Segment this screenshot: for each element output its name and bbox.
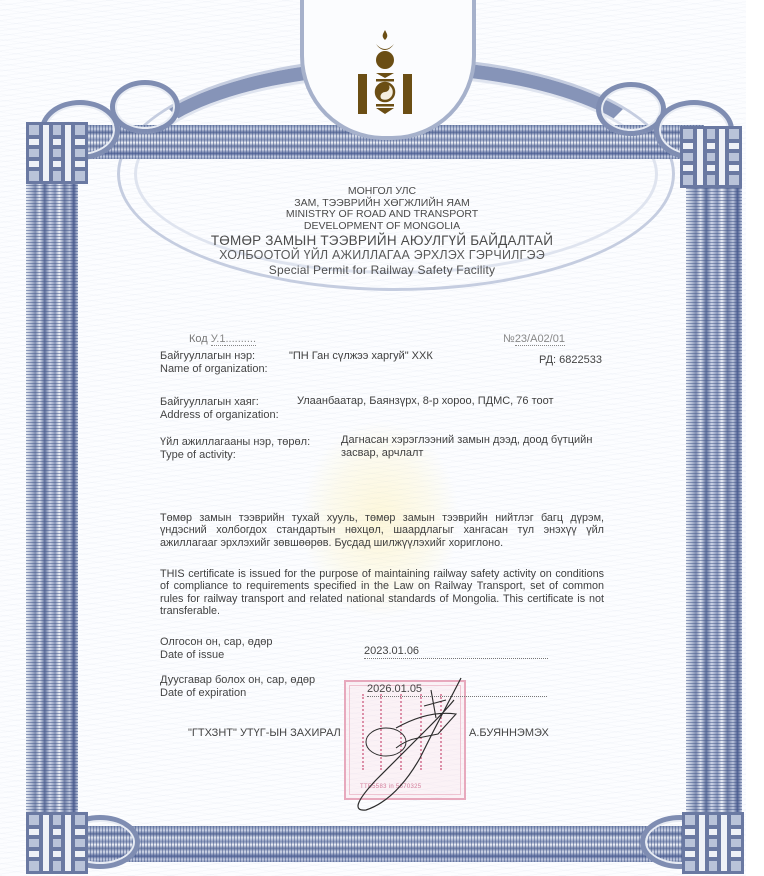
border-bottom xyxy=(60,826,704,862)
registration-number: РД: 6822533 xyxy=(539,354,602,367)
number-label: № xyxy=(503,333,515,345)
endless-knot-icon xyxy=(26,122,88,184)
expiration-date-label: Дуусгавар болох он, сар, өдөр Date of ex… xyxy=(160,674,315,700)
handwritten-signature-icon xyxy=(336,670,476,820)
issue-date-label: Олгосон он, сар, өдөр Date of issue xyxy=(160,636,273,662)
issue-date-label-mn: Олгосон он, сар, өдөр xyxy=(160,636,273,649)
permit-statement-en: THIS certificate is issued for the purpo… xyxy=(160,568,604,618)
certificate-title: ТӨМӨР ЗАМЫН ТЭЭВРИЙН АЮУЛГҮЙ БАЙДАЛТАЙ Х… xyxy=(0,234,764,277)
activity-value: Дагнасан хэрэглээний замын дээд, доод бү… xyxy=(341,434,592,460)
title-mn-line-1: ТӨМӨР ЗАМЫН ТЭЭВРИЙН АЮУЛГҮЙ БАЙДАЛТАЙ xyxy=(0,234,764,248)
scroll-ornament-icon xyxy=(110,80,180,134)
address-label-en: Address of organization: xyxy=(160,409,279,422)
activity-label: Үйл ажиллагааны нэр, төрөл: Type of acti… xyxy=(160,436,310,462)
country-name: МОНГОЛ УЛС xyxy=(0,186,764,198)
number-value: 23/А02/01 xyxy=(515,333,565,346)
address-value: Улаанбаатар, Баянзүрх, 8-р хороо, ПДМС, … xyxy=(297,395,554,408)
expiration-date-label-en: Date of expiration xyxy=(160,687,315,700)
issue-date-label-en: Date of issue xyxy=(160,649,273,662)
certificate-number: №23/А02/01 xyxy=(503,333,565,346)
org-name-value: "ПН Ган сүлжээ харгуй" ХХК xyxy=(289,350,433,363)
org-name-label-mn: Байгууллагын нэр: xyxy=(160,350,268,363)
director-title: "ГТХЗНТ" УТҮГ-ЫН ЗАХИРАЛ xyxy=(188,727,341,740)
org-name-label: Байгууллагын нэр: Name of organization: xyxy=(160,350,268,376)
code-field: Код У.1.......... xyxy=(189,333,256,346)
title-en: Special Permit for Railway Safety Facili… xyxy=(0,263,764,277)
endless-knot-icon xyxy=(682,812,744,874)
signer-name: А.БУЯННЭМЭХ xyxy=(469,727,549,740)
expiration-date-label-mn: Дуусгавар болох он, сар, өдөр xyxy=(160,674,315,687)
activity-label-en: Type of activity: xyxy=(160,449,310,462)
rd-label: РД: xyxy=(539,354,556,366)
permit-statement-mn: Төмөр замын тээврийн тухай хууль, төмөр … xyxy=(160,512,604,549)
code-dots: .......... xyxy=(225,333,256,346)
address-label-mn: Байгууллагын хаяг: xyxy=(160,396,279,409)
scan-margin xyxy=(746,0,764,876)
issuer-block: МОНГОЛ УЛС ЗАМ, ТЭЭВРИЙН ХӨГЖЛИЙН ЯАМ MI… xyxy=(0,186,764,232)
title-mn-line-2: ХОЛБООТОЙ ҮЙЛ АЖИЛЛАГАА ЭРХЛЭХ ГЭРЧИЛГЭЭ xyxy=(0,248,764,262)
ministry-name-en-1: MINISTRY OF ROAD AND TRANSPORT xyxy=(0,209,764,221)
org-name-label-en: Name of organization: xyxy=(160,363,268,376)
address-label: Байгууллагын хаяг: Address of organizati… xyxy=(160,396,279,422)
activity-value-line-2: засвар, арчлалт xyxy=(341,447,592,460)
soyombo-emblem-icon xyxy=(354,28,416,118)
issue-date-value: 2023.01.06 xyxy=(364,645,548,659)
activity-value-line-1: Дагнасан хэрэглээний замын дээд, доод бү… xyxy=(341,434,592,447)
activity-label-mn: Үйл ажиллагааны нэр, төрөл: xyxy=(160,436,310,449)
ministry-name-en-2: DEVELOPMENT OF MONGOLIA xyxy=(0,221,764,233)
endless-knot-icon xyxy=(680,126,742,188)
code-label: Код xyxy=(189,333,208,345)
code-value: У.1 xyxy=(211,333,226,346)
rd-value: 6822533 xyxy=(559,354,602,366)
endless-knot-icon xyxy=(26,812,88,874)
